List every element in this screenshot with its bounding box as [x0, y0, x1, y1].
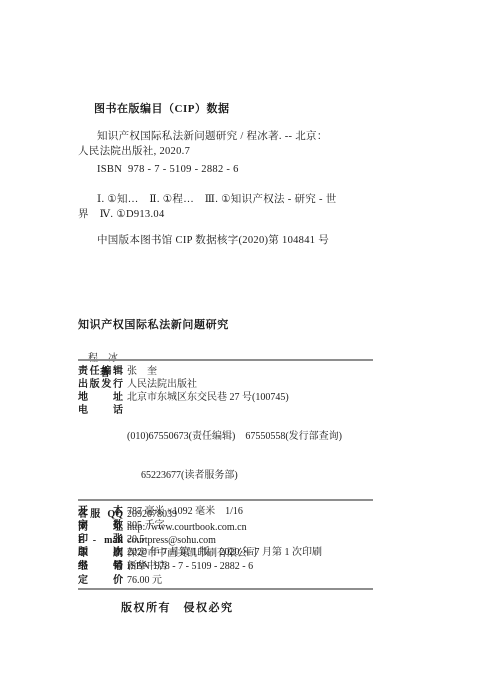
row-label: 地 址 — [78, 391, 123, 404]
cip-classification-line2: 界 Ⅳ. ①D913.04 — [78, 206, 165, 221]
row-value: 305 千字 — [127, 519, 165, 533]
book-title: 知识产权国际私法新问题研究 — [78, 316, 229, 332]
table-row: 责任编辑 张 奎 — [78, 365, 388, 378]
row-label: 版 次 — [78, 546, 123, 560]
table-row: 地 址 北京市东城区东交民巷 27 号(100745) — [78, 391, 388, 404]
table-row: 开 本 787 毫米 ×1092 毫米 1/16 — [78, 505, 388, 519]
row-value: 人民法院出版社 — [127, 378, 197, 391]
row-value: 20.5 — [127, 533, 145, 547]
row-label: 字 数 — [78, 519, 123, 533]
row-value: 北京市东城区东交民巷 27 号(100745) — [127, 391, 289, 404]
cip-classification-line1: Ⅰ. ①知… Ⅱ. ①程… Ⅲ. ①知识产权法 - 研究 - 世 — [97, 191, 337, 206]
phone-line1: (010)67550673(责任编辑) 67550558(发行部查询) — [127, 430, 342, 443]
book-isbn: ISBN 978 - 7 - 5109 - 2882 - 6 — [127, 560, 253, 574]
divider-top — [78, 359, 373, 361]
row-label: 开 本 — [78, 505, 123, 519]
book-copyright-page: 图书在版编目（CIP）数据 知识产权国际私法新问题研究 / 程冰著. -- 北京… — [0, 0, 499, 698]
table-row: 出版发行 人民法院出版社 — [78, 378, 388, 391]
cip-description-line2: 人民法院出版社, 2020.7 — [78, 143, 190, 158]
table-row: 版 次 2020 年 7 月第 1 版 2020 年 7 月第 1 次印刷 — [78, 546, 388, 560]
row-value: 张 奎 — [127, 365, 157, 378]
divider-middle — [78, 499, 373, 501]
table-row: 书 号 ISBN 978 - 7 - 5109 - 2882 - 6 — [78, 560, 388, 574]
phone-line2: 65223677(读者服务部) — [127, 469, 342, 482]
row-label: 出版发行 — [78, 378, 123, 391]
row-label: 定 价 — [78, 574, 123, 588]
row-label: 责任编辑 — [78, 365, 123, 378]
table-row: 字 数 305 千字 — [78, 519, 388, 533]
row-label: 书 号 — [78, 560, 123, 574]
table-row: 定 价 76.00 元 — [78, 574, 388, 588]
row-value: (010)67550673(责任编辑) 67550558(发行部查询) 6522… — [127, 404, 342, 508]
cip-heading: 图书在版编目（CIP）数据 — [94, 100, 229, 116]
book-price: 76.00 元 — [127, 574, 162, 588]
row-label: 电 话 — [78, 404, 123, 417]
row-label: 印 张 — [78, 533, 123, 547]
row-value: 787 毫米 ×1092 毫米 1/16 — [127, 505, 243, 519]
print-info-table: 开 本 787 毫米 ×1092 毫米 1/16 字 数 305 千字 印 张 … — [78, 505, 388, 588]
copyright-notice: 版权所有 侵权必究 — [121, 599, 234, 615]
cip-record-number: 中国版本图书馆 CIP 数据核字(2020)第 104841 号 — [97, 232, 329, 247]
divider-bottom — [78, 588, 373, 590]
table-row: 印 张 20.5 — [78, 533, 388, 547]
cip-isbn: ISBN 978 - 7 - 5109 - 2882 - 6 — [97, 164, 239, 175]
row-value: 2020 年 7 月第 1 版 2020 年 7 月第 1 次印刷 — [127, 546, 322, 560]
cip-description-line1: 知识产权国际私法新问题研究 / 程冰著. -- 北京： — [97, 128, 328, 143]
table-row: 电 话 (010)67550673(责任编辑) 67550558(发行部查询) … — [78, 404, 388, 508]
